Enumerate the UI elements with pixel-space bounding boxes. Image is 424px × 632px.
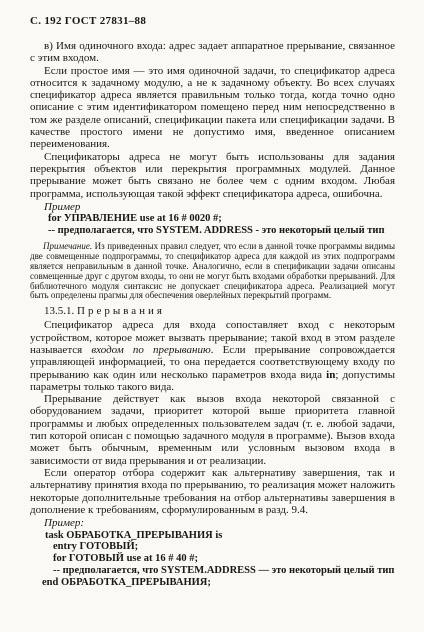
code-comment-line: -- предполагается, что SYSTEM.ADDRESS — … [53,565,395,577]
note-lead-word: Примечание. [43,241,92,251]
paragraph-simple-name: Если простое имя — это имя одиночной зад… [30,65,395,151]
example-block-2: Пример: task ОБРАБОТКА_ПРЕРЫВАНИЯ is ent… [30,517,395,588]
paragraph-interrupt-entry: Спецификатор адреса для входа сопоставля… [30,319,395,393]
example-label: Пример [44,201,395,214]
keyword-in: in [326,369,335,381]
note-text: Из приведенных правил следует, что если … [30,241,395,301]
italic-term: входом по прерыванию [91,344,210,356]
code-line-entry: entry ГОТОВЫЙ; [53,541,395,553]
paragraph-interrupt-call: Прерывание действует как вызов входа нек… [30,393,395,467]
paragraph-address-specifiers: Спецификаторы адреса не могут быть испол… [30,151,395,200]
section-number: 13.5.1. [44,305,77,317]
paragraph-select-statement: Если оператор отбора содержит как альтер… [30,467,395,516]
document-page: С. 192 ГОСТ 27831–88 в) Имя одиночного в… [0,0,424,632]
code-line-end: end ОБРАБОТКА_ПРЕРЫВАНИЯ; [42,577,395,589]
running-header: С. 192 ГОСТ 27831–88 [30,15,395,27]
section-heading: 13.5.1. Прерывания [44,305,395,318]
example-block-1: Пример for УПРАВЛЕНИЕ use at 16 # 0020 #… [30,201,395,237]
section-title: Прерывания [77,305,165,317]
code-line-task: task ОБРАБОТКА_ПРЕРЫВАНИЯ is [45,530,395,542]
example-label: Пример: [44,517,395,530]
code-line: for УПРАВЛЕНИЕ use at 16 # 0020 #; [48,213,395,225]
code-comment-line: -- предполагается, что SYSTEM. ADDRESS -… [48,225,395,237]
note-paragraph: Примечание. Из приведенных правил следуе… [30,242,395,301]
code-line-for: for ГОТОВЫЙ use at 16 # 40 #; [53,553,395,565]
paragraph-single-entry-name: в) Имя одиночного входа: адрес задает ап… [30,40,395,65]
